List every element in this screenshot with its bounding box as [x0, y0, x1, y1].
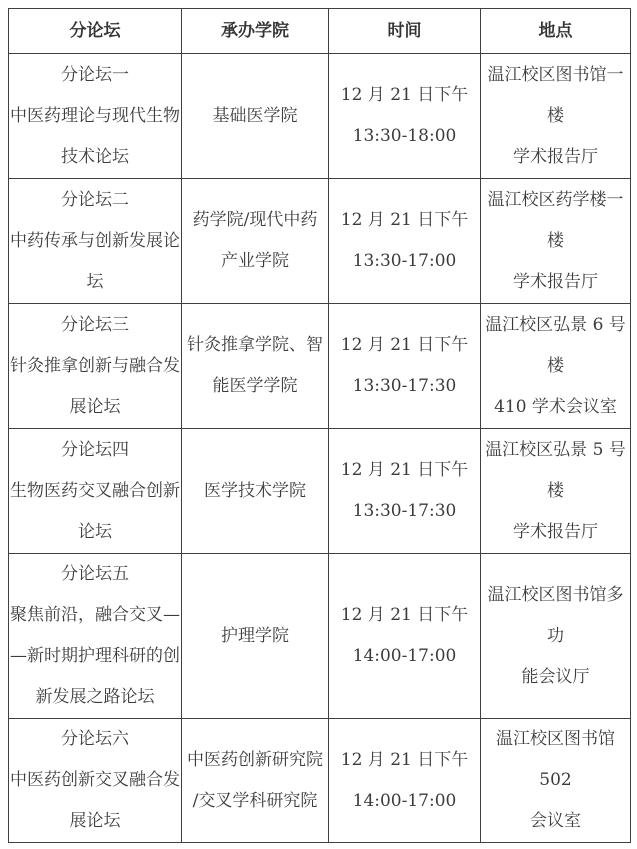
header-location: 地点	[481, 9, 631, 54]
table-row: 分论坛二 中药传承与创新发展论 坛 药学院/现代中药 产业学院 12 月 21 …	[9, 179, 631, 304]
table-row: 分论坛三 针灸推拿创新与融合发 展论坛 针灸推拿学院、智 能医学学院 12 月 …	[9, 304, 631, 429]
cell-time: 12 月 21 日下午 14:00-17:00	[329, 719, 481, 843]
cell-forum: 分论坛一 中医药理论与现代生物 技术论坛	[9, 54, 182, 179]
forum-schedule-table: 分论坛 承办学院 时间 地点 分论坛一 中医药理论与现代生物 技术论坛 基础医学…	[8, 8, 631, 843]
cell-location: 温江校区弘景 5 号楼 学术报告厅	[481, 429, 631, 554]
cell-time: 12 月 21 日下午 14:00-17:00	[329, 554, 481, 719]
cell-location: 温江校区图书馆一楼 学术报告厅	[481, 54, 631, 179]
cell-location: 温江校区图书馆多功 能会议厅	[481, 554, 631, 719]
table-row: 分论坛六 中医药创新交叉融合发 展论坛 中医药创新研究院 /交叉学科研究院 12…	[9, 719, 631, 843]
cell-location: 温江校区药学楼一楼 学术报告厅	[481, 179, 631, 304]
cell-forum: 分论坛三 针灸推拿创新与融合发 展论坛	[9, 304, 182, 429]
cell-forum: 分论坛二 中药传承与创新发展论 坛	[9, 179, 182, 304]
table-header-row: 分论坛 承办学院 时间 地点	[9, 9, 631, 54]
cell-college: 药学院/现代中药 产业学院	[182, 179, 329, 304]
cell-forum: 分论坛六 中医药创新交叉融合发 展论坛	[9, 719, 182, 843]
cell-time: 12 月 21 日下午 13:30-18:00	[329, 54, 481, 179]
header-time: 时间	[329, 9, 481, 54]
table-row: 分论坛五 聚焦前沿，融合交叉— —新时期护理科研的创 新发展之路论坛 护理学院 …	[9, 554, 631, 719]
table-row: 分论坛四 生物医药交叉融合创新 论坛 医学技术学院 12 月 21 日下午 13…	[9, 429, 631, 554]
cell-location: 温江校区弘景 6 号楼 410 学术会议室	[481, 304, 631, 429]
cell-time: 12 月 21 日下午 13:30-17:00	[329, 179, 481, 304]
header-college: 承办学院	[182, 9, 329, 54]
table-row: 分论坛一 中医药理论与现代生物 技术论坛 基础医学院 12 月 21 日下午 1…	[9, 54, 631, 179]
cell-college: 中医药创新研究院 /交叉学科研究院	[182, 719, 329, 843]
document-page: 分论坛 承办学院 时间 地点 分论坛一 中医药理论与现代生物 技术论坛 基础医学…	[0, 0, 637, 849]
cell-forum: 分论坛五 聚焦前沿，融合交叉— —新时期护理科研的创 新发展之路论坛	[9, 554, 182, 719]
cell-college: 基础医学院	[182, 54, 329, 179]
cell-college: 护理学院	[182, 554, 329, 719]
header-forum: 分论坛	[9, 9, 182, 54]
cell-time: 12 月 21 日下午 13:30-17:30	[329, 304, 481, 429]
cell-time: 12 月 21 日下午 13:30-17:30	[329, 429, 481, 554]
cell-location: 温江校区图书馆 502 会议室	[481, 719, 631, 843]
cell-forum: 分论坛四 生物医药交叉融合创新 论坛	[9, 429, 182, 554]
cell-college: 针灸推拿学院、智 能医学学院	[182, 304, 329, 429]
cell-college: 医学技术学院	[182, 429, 329, 554]
